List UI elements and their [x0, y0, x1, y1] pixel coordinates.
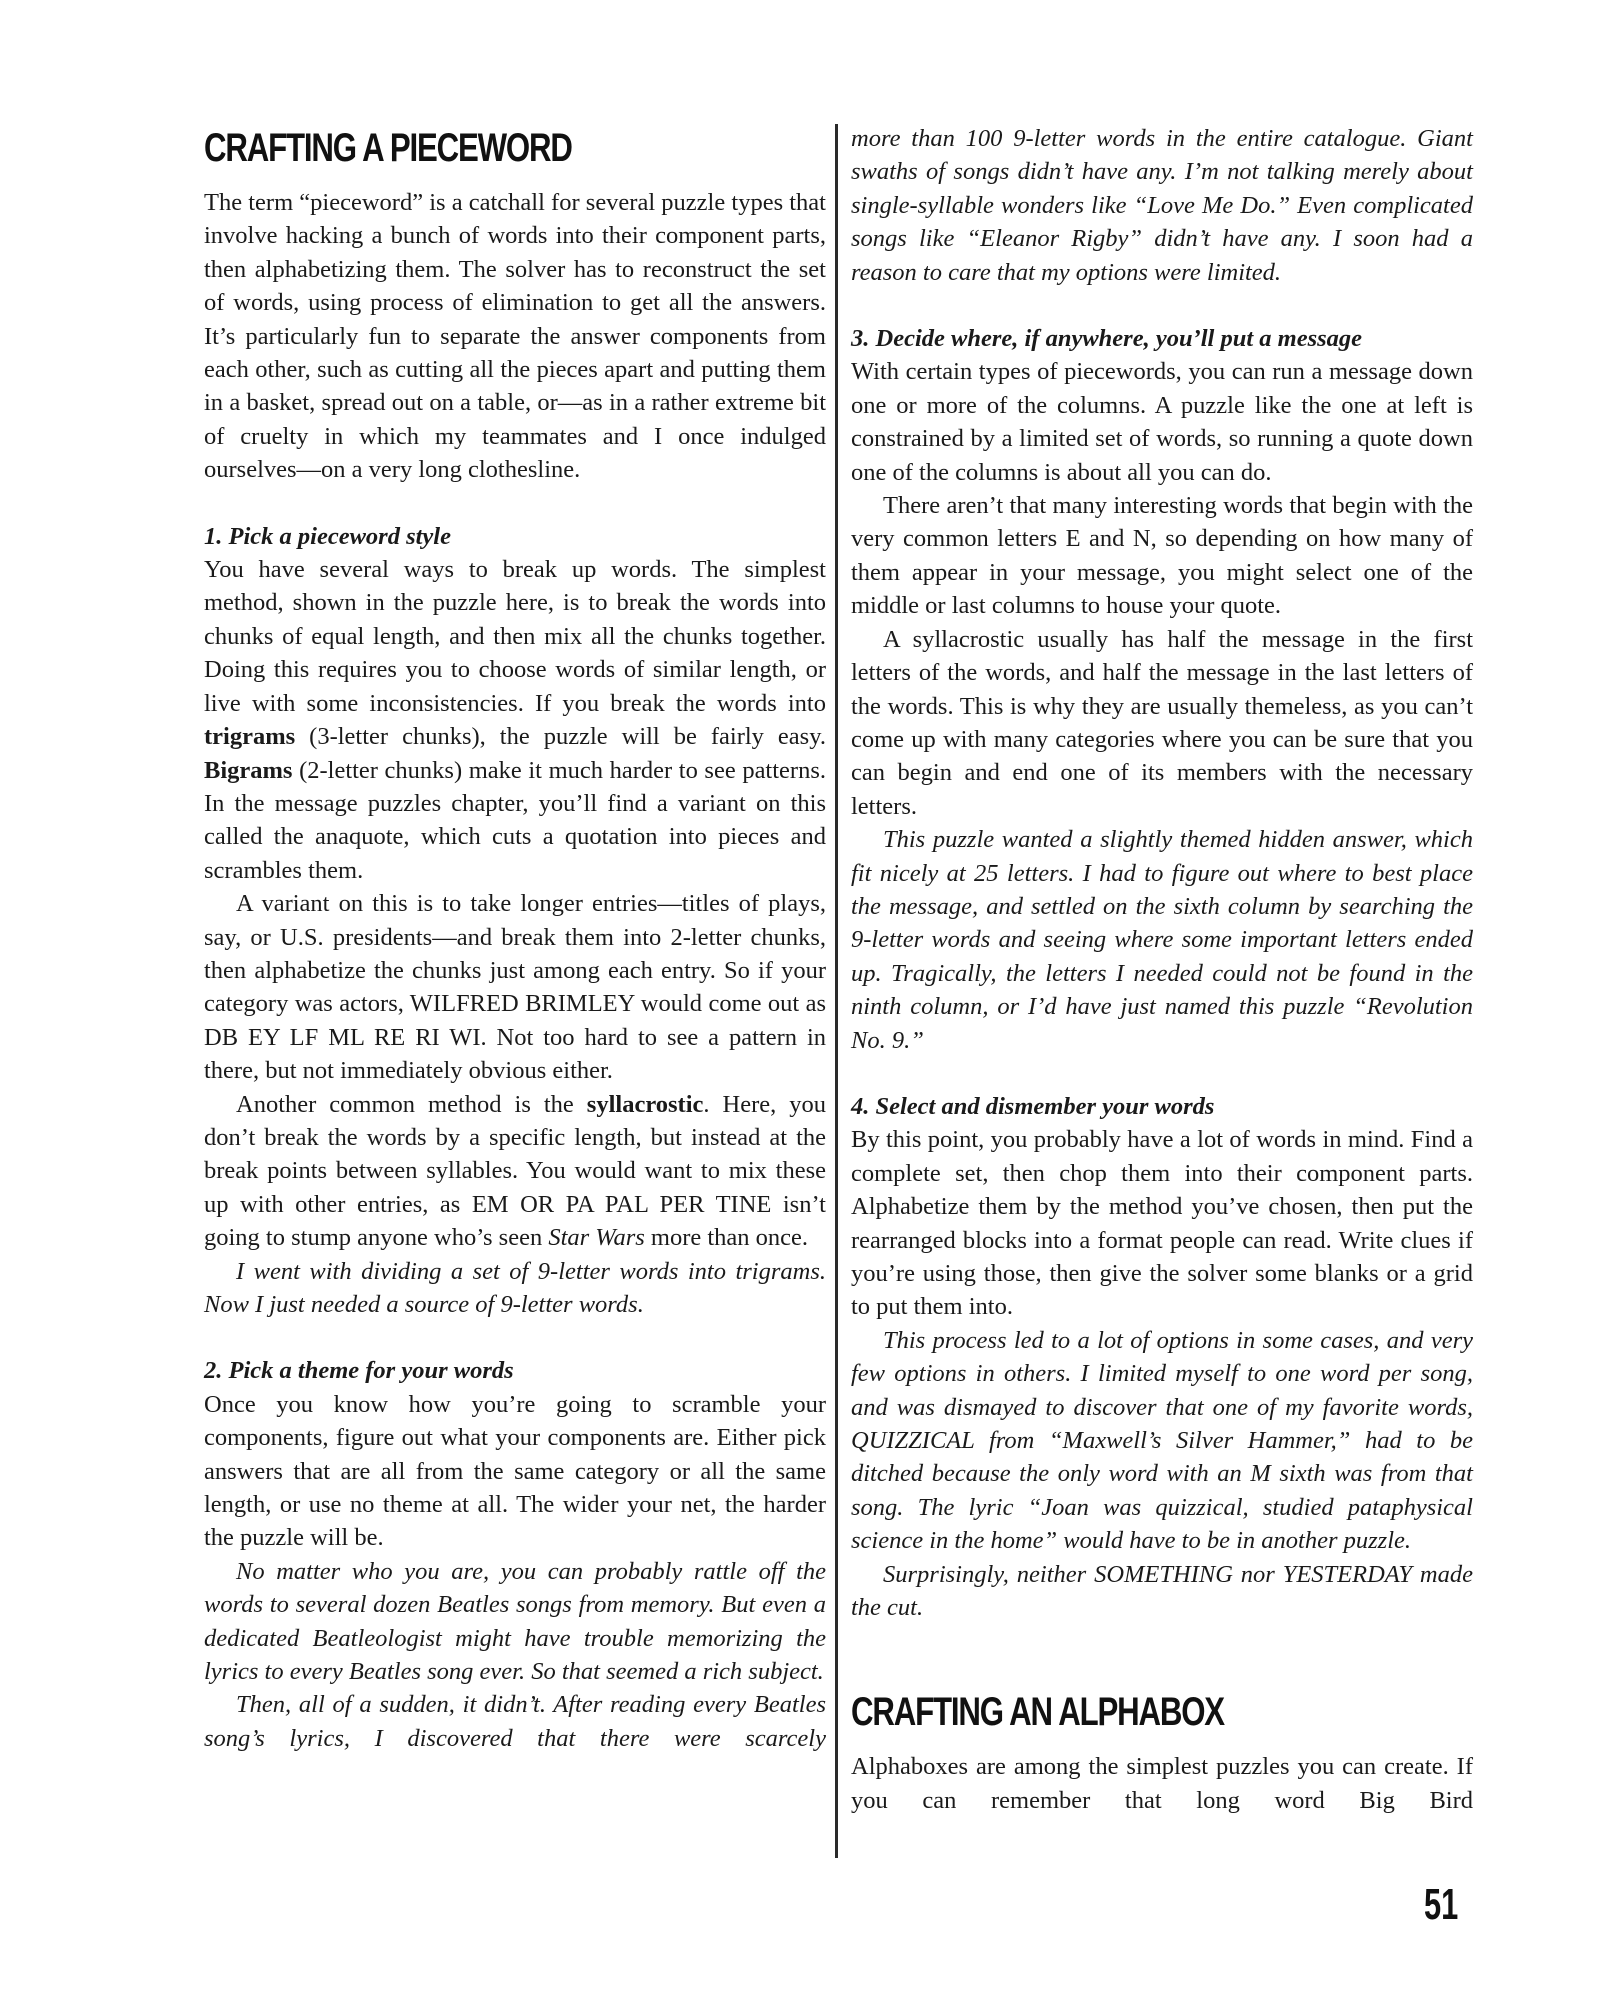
intro-paragraph: The term “pieceword” is a catchall for s… — [204, 186, 826, 487]
step2-aside-1: No matter who you are, you can probably … — [204, 1555, 826, 1689]
term-trigrams: trigrams — [204, 723, 295, 750]
page-number: 51 — [1424, 1880, 1458, 1930]
alphabox-paragraph-1: Alphaboxes are among the simplest puzzle… — [851, 1750, 1473, 1817]
section-heading-alphabox: CRAFTING AN ALPHABOX — [851, 1690, 1336, 1734]
book-page: CRAFTING A PIECEWORD The term “pieceword… — [0, 0, 1600, 2000]
step2-aside-2: Then, all of a sudden, it didn’t. After … — [204, 1688, 826, 1755]
step2-title: 2. Pick a theme for your words — [204, 1354, 826, 1387]
step4-aside-2: Surprisingly, neither SOMETHING nor YEST… — [851, 1558, 1473, 1625]
title-star-wars: Star Wars — [548, 1224, 644, 1251]
left-column: CRAFTING A PIECEWORD The term “pieceword… — [204, 122, 826, 1755]
step1-paragraph-2: A variant on this is to take longer entr… — [204, 887, 826, 1087]
step3-paragraph-2: There aren’t that many interesting words… — [851, 489, 1473, 623]
step2-aside-2-continued: more than 100 9-letter words in the enti… — [851, 122, 1473, 289]
step1-title: 1. Pick a pieceword style — [204, 520, 826, 553]
step1-aside: I went with dividing a set of 9-letter w… — [204, 1255, 826, 1322]
step2-paragraph-1: Once you know how you’re going to scramb… — [204, 1388, 826, 1555]
step3-aside: This puzzle wanted a slightly themed hid… — [851, 823, 1473, 1057]
column-divider — [835, 124, 838, 1858]
section-heading-pieceword: CRAFTING A PIECEWORD — [204, 126, 689, 170]
step1-paragraph-1: You have several ways to break up words.… — [204, 553, 826, 887]
step4-paragraph-1: By this point, you probably have a lot o… — [851, 1123, 1473, 1323]
step3-paragraph-1: With certain types of piecewords, you ca… — [851, 355, 1473, 489]
step4-aside-1: This process led to a lot of options in … — [851, 1324, 1473, 1558]
term-syllacrostic: syllacrostic — [587, 1091, 704, 1118]
term-bigrams: Bigrams — [204, 757, 292, 784]
right-column: more than 100 9-letter words in the enti… — [851, 122, 1473, 1817]
step3-title: 3. Decide where, if anywhere, you’ll put… — [851, 322, 1473, 355]
step1-paragraph-3: Another common method is the syllacrosti… — [204, 1088, 826, 1255]
step4-title: 4. Select and dismember your words — [851, 1090, 1473, 1123]
step3-paragraph-3: A syllacrostic usually has half the mess… — [851, 623, 1473, 823]
